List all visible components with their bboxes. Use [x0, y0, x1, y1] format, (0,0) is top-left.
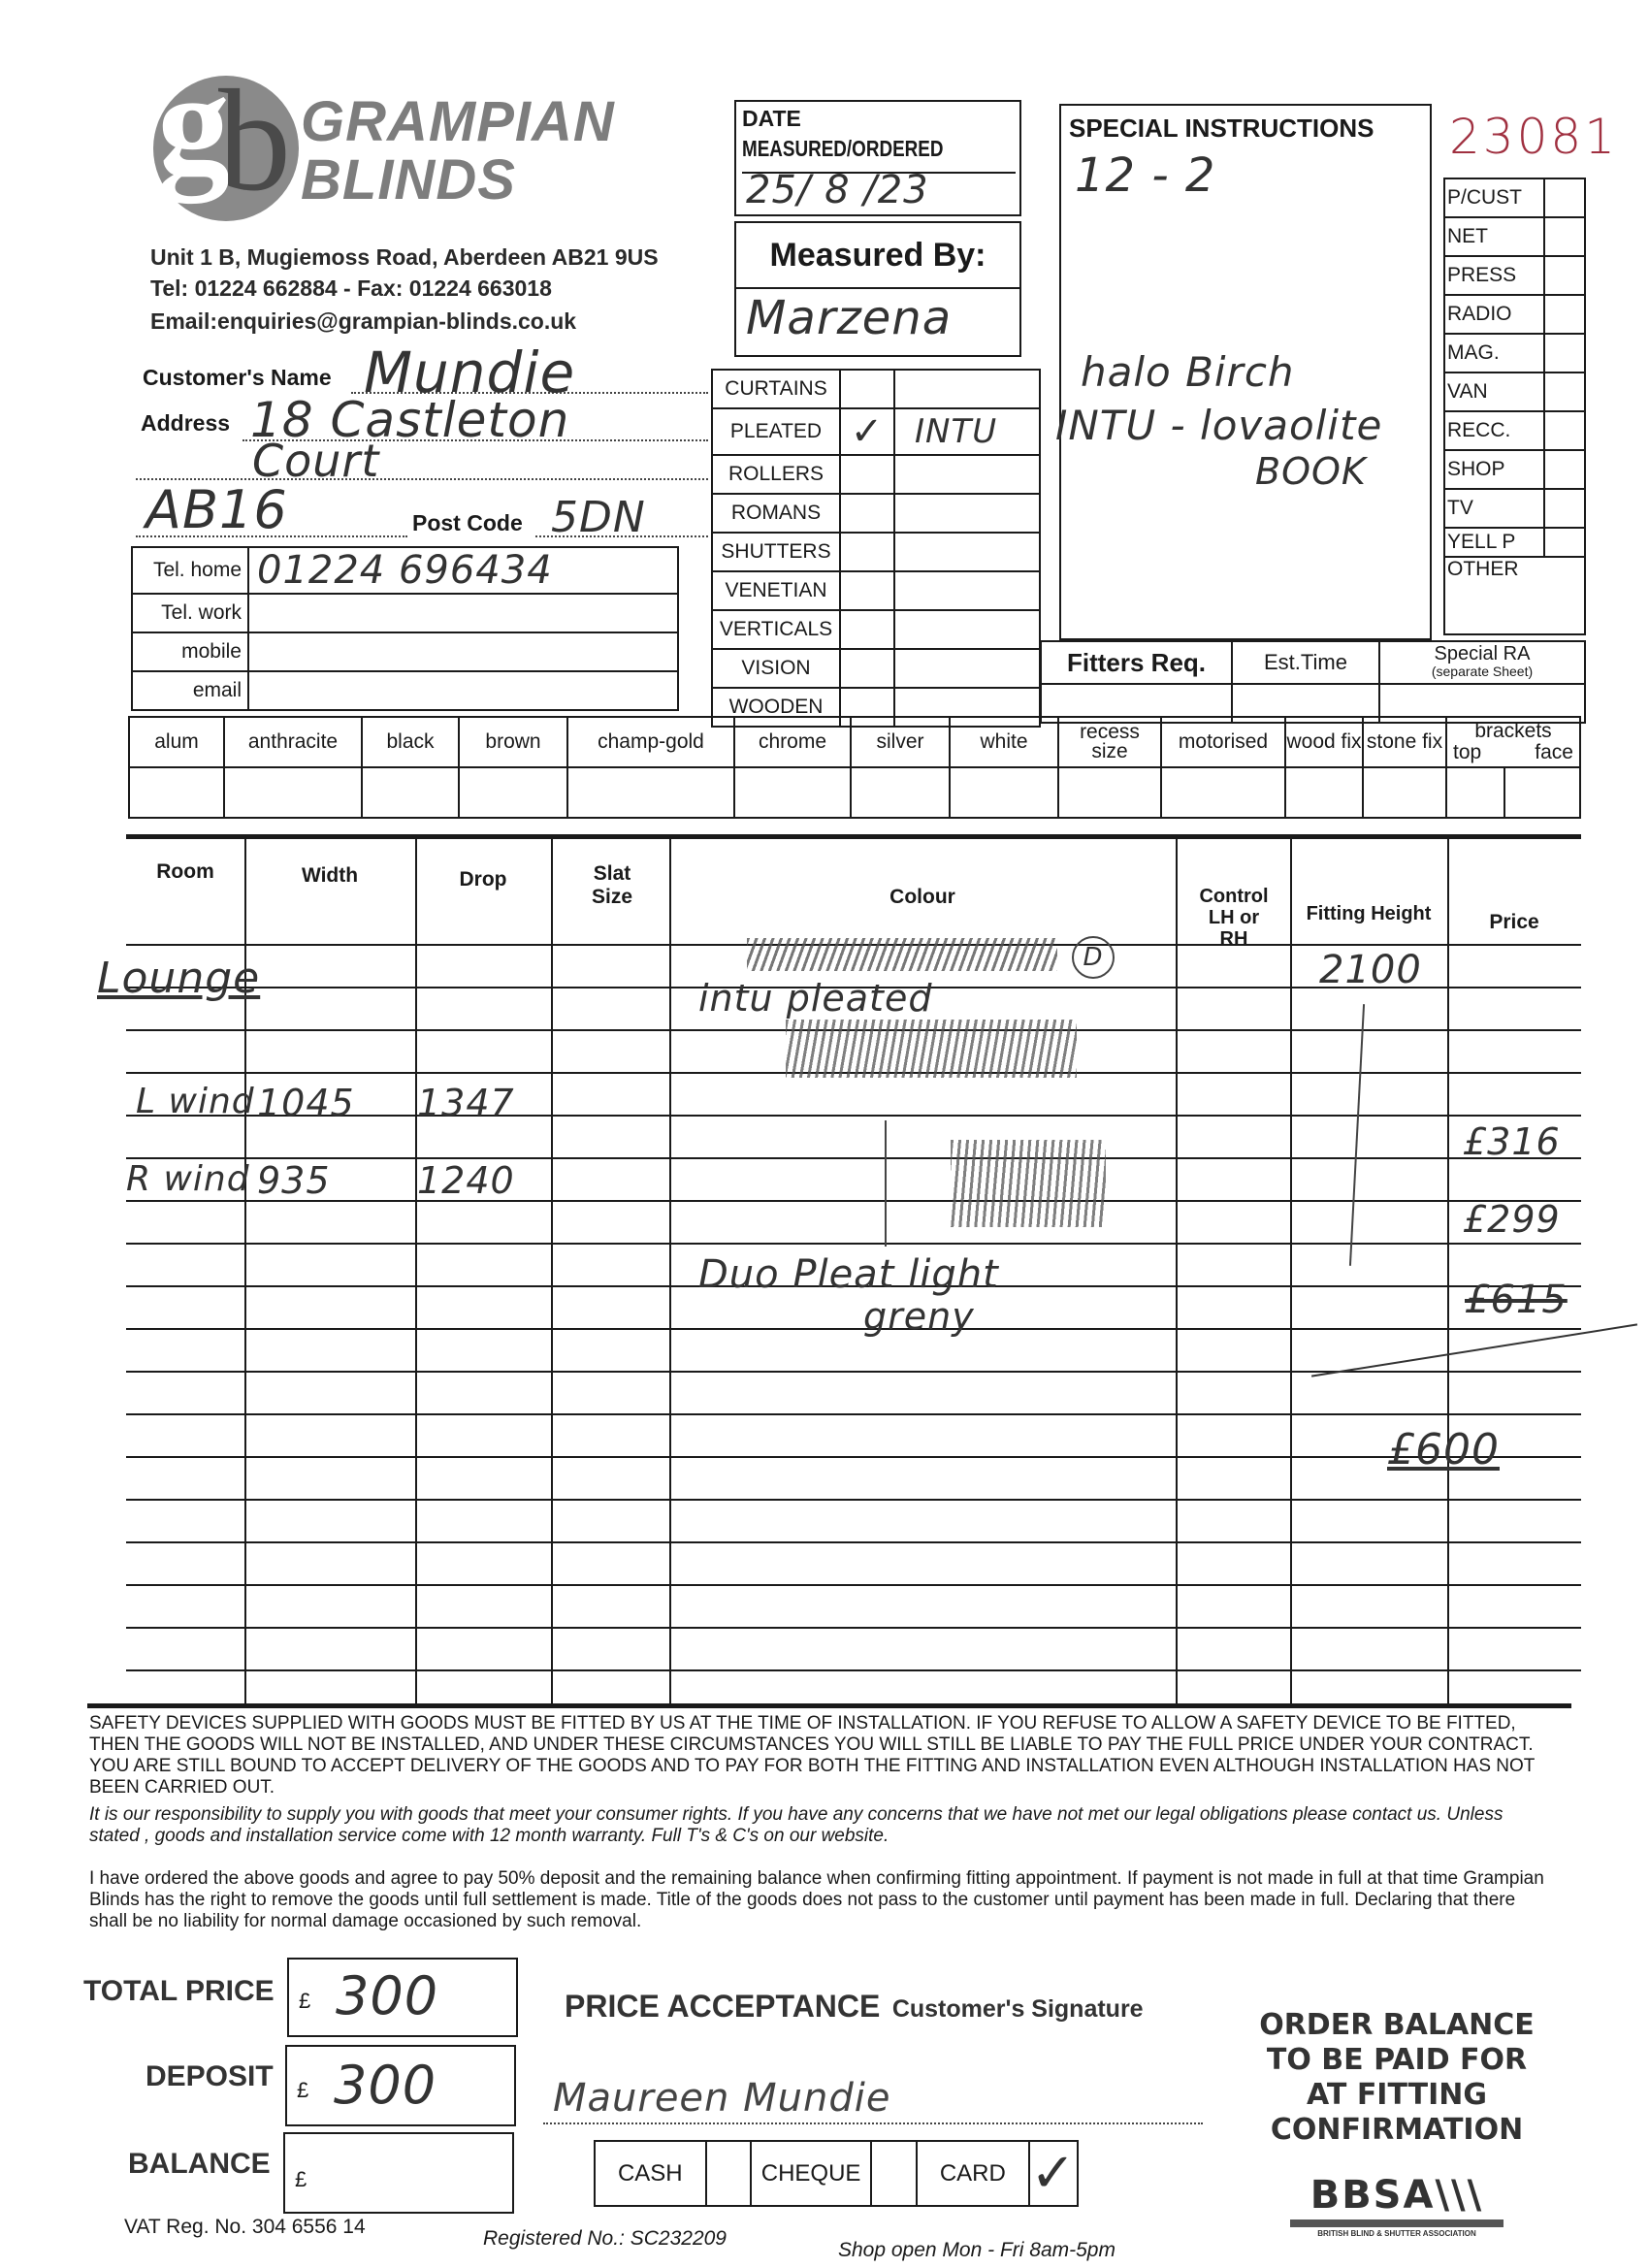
option-cell[interactable]	[1446, 767, 1504, 818]
payment-cash-checkbox[interactable]	[706, 2141, 752, 2206]
source-checkbox[interactable]	[1544, 178, 1585, 217]
shop-hours: Shop open Mon - Fri 8am-5pm	[838, 2239, 1115, 2262]
measured-by-box: Measured By: Marzena	[734, 221, 1021, 357]
product-type-note[interactable]: INTU	[894, 408, 1040, 455]
product-type-note[interactable]	[894, 494, 1040, 533]
header-control: Control LH or RH	[1193, 886, 1275, 950]
option-brackets: brackets	[1447, 721, 1579, 742]
row-divider	[126, 1627, 1581, 1629]
product-type-checkbox[interactable]	[840, 571, 894, 610]
option-brackets-face: face	[1535, 742, 1573, 763]
customer-signature[interactable]: Maureen Mundie	[553, 2076, 890, 2121]
product-type-note[interactable]	[894, 370, 1040, 408]
vat-reg: VAT Reg. No. 304 6556 14	[124, 2216, 366, 2239]
colour-note-greny[interactable]: greny	[863, 1295, 975, 1338]
payment-cheque-checkbox[interactable]	[871, 2141, 917, 2206]
source-label: VAN	[1444, 373, 1544, 411]
fitters-table: Fitters Req. Est.Time Special RA (separa…	[1040, 640, 1586, 724]
price-acceptance: PRICE ACCEPTANCE Customer's Signature	[565, 1989, 1144, 2025]
order-balance-notice: ORDER BALANCE TO BE PAID FOR AT FITTING …	[1242, 2008, 1552, 2148]
option-wood-fix: wood fix	[1285, 717, 1363, 767]
special-instruction-line-4[interactable]: BOOK	[1255, 450, 1367, 493]
option-cell[interactable]	[734, 767, 851, 818]
bbsa-bar-icon	[1290, 2219, 1503, 2227]
row-divider	[126, 1499, 1581, 1501]
colour-note-duo-pleat[interactable]: Duo Pleat light	[698, 1252, 999, 1297]
product-type-label: CURTAINS	[712, 370, 840, 408]
order-balance-line: CONFIRMATION	[1242, 2113, 1552, 2148]
source-checkbox[interactable]	[1544, 256, 1585, 295]
product-type-checkbox[interactable]: ✓	[840, 408, 894, 455]
measured-by-label: Measured By:	[736, 223, 1019, 289]
deposit-label: DEPOSIT	[145, 2060, 274, 2093]
signature-line[interactable]	[543, 2122, 1203, 2124]
option-cell[interactable]	[1058, 767, 1161, 818]
deposit-value[interactable]: 300	[334, 2055, 436, 2116]
customer-name-label: Customer's Name	[143, 365, 332, 391]
fitting-height-value[interactable]: 2100	[1319, 948, 1422, 992]
source-checkbox[interactable]	[1544, 450, 1585, 489]
row-divider	[126, 1541, 1581, 1543]
option-brackets-top: top	[1453, 742, 1481, 763]
contact-table: Tel. home 01224 696434 Tel. work mobile …	[131, 546, 679, 711]
product-type-label: SHUTTERS	[712, 533, 840, 571]
header-price: Price	[1447, 911, 1581, 934]
header-colour: Colour	[669, 886, 1176, 909]
colour-circle-mark: D	[1072, 936, 1115, 979]
option-cell[interactable]	[950, 767, 1058, 818]
fitters-req-label: Fitters Req.	[1041, 641, 1232, 684]
product-type-checkbox[interactable]	[840, 455, 894, 494]
tel-work-field[interactable]	[248, 594, 678, 632]
row-width[interactable]: 1045	[257, 1082, 355, 1124]
product-type-label: ROMANS	[712, 494, 840, 533]
product-type-label: VISION	[712, 649, 840, 688]
measurement-table: Room Width Drop Slat Size Colour Control…	[126, 839, 1581, 1705]
safety-terms: SAFETY DEVICES SUPPLIED WITH GOODS MUST …	[89, 1713, 1544, 1798]
option-cell[interactable]	[1161, 767, 1285, 818]
postcode-value[interactable]: 5DN	[551, 493, 646, 542]
header-room: Room	[126, 860, 244, 884]
product-type-label: VERTICALS	[712, 610, 840, 649]
contact-label: mobile	[132, 632, 248, 671]
order-balance-line: TO BE PAID FOR	[1242, 2043, 1552, 2078]
product-type-note[interactable]	[894, 571, 1040, 610]
agreement-terms: I have ordered the above goods and agree…	[89, 1868, 1544, 1932]
source-checkbox[interactable]	[1544, 489, 1585, 528]
bbsa-subtitle: BRITISH BLIND & SHUTTER ASSOCIATION	[1280, 2229, 1513, 2238]
balance-box[interactable]: £	[283, 2132, 514, 2214]
option-anthracite: anthracite	[224, 717, 362, 767]
payment-cheque-label: CHEQUE	[751, 2141, 870, 2206]
row-price[interactable]: £299	[1463, 1198, 1561, 1241]
strike-line	[1311, 1323, 1637, 1377]
header-slat-size: Slat Size	[578, 862, 646, 909]
payment-cash-label: CASH	[595, 2141, 706, 2206]
address-label: Address	[141, 410, 230, 437]
option-chrome: chrome	[734, 717, 851, 767]
option-motorised: motorised	[1161, 717, 1285, 767]
source-checkbox[interactable]	[1544, 334, 1585, 373]
option-champ-gold: champ-gold	[567, 717, 734, 767]
email-field[interactable]	[248, 671, 678, 710]
col-divider	[1447, 839, 1449, 1705]
row-room[interactable]: R wind	[126, 1159, 250, 1199]
special-instruction-line-1[interactable]: 12 - 2	[1075, 148, 1215, 203]
option-cell[interactable]	[459, 767, 567, 818]
contact-label: email	[132, 671, 248, 710]
total-price-value[interactable]: 300	[336, 1965, 438, 2026]
row-price[interactable]: £316	[1463, 1120, 1561, 1163]
option-cell[interactable]	[1504, 767, 1580, 818]
row-divider	[126, 1200, 1581, 1202]
payment-card-checkbox[interactable]: ✓	[1029, 2141, 1078, 2206]
bbsa-logo-text: BBSA\\\	[1280, 2173, 1513, 2218]
option-white: white	[950, 717, 1058, 767]
total-price-currency: £	[299, 1989, 310, 2014]
registered-number: Registered No.: SC232209	[483, 2227, 727, 2251]
responsibility-terms: It is our responsibility to supply you w…	[89, 1804, 1544, 1847]
special-ra-sub: (separate Sheet)	[1380, 663, 1584, 680]
row-width[interactable]: 935	[257, 1159, 331, 1202]
payment-card-label: CARD	[917, 2141, 1029, 2206]
subtotal-struck: £615	[1465, 1278, 1568, 1322]
source-label: RADIO	[1444, 295, 1544, 334]
option-cell[interactable]	[129, 767, 224, 818]
source-checkbox[interactable]	[1544, 528, 1585, 557]
mobile-field[interactable]	[248, 632, 678, 671]
product-type-label: PLEATED	[712, 408, 840, 455]
date-box: DATE MEASURED/ORDERED 25/ 8 /23	[734, 100, 1021, 216]
total-price-label: TOTAL PRICE	[83, 1975, 275, 2008]
source-label: YELL P	[1444, 528, 1544, 557]
source-label: TV	[1444, 489, 1544, 528]
company-address: Unit 1 B, Mugiemoss Road, Aberdeen AB21 …	[150, 244, 659, 271]
row-divider	[126, 1157, 1581, 1159]
product-type-label: VENETIAN	[712, 571, 840, 610]
measured-by-value[interactable]: Marzena	[746, 291, 952, 345]
option-brown: brown	[459, 717, 567, 767]
company-tel-fax: Tel: 01224 662884 - Fax: 01224 663018	[150, 275, 552, 302]
special-instructions-box: SPECIAL INSTRUCTIONS 12 - 2 halo Birch I…	[1059, 104, 1432, 640]
source-checklist: P/CUST NET PRESS RADIO MAG. VAN RECC. SH…	[1443, 178, 1586, 635]
col-divider	[415, 839, 417, 1705]
source-label: P/CUST	[1444, 178, 1544, 217]
product-type-note[interactable]	[894, 649, 1040, 688]
final-price[interactable]: £600	[1387, 1425, 1500, 1474]
option-cell[interactable]	[567, 767, 734, 818]
deposit-currency: £	[297, 2078, 308, 2103]
address-line-3-value[interactable]: AB16	[145, 479, 288, 540]
product-type-checkbox[interactable]	[840, 649, 894, 688]
row-divider	[126, 1328, 1581, 1330]
special-instruction-line-2[interactable]: halo Birch	[1081, 348, 1295, 396]
row-room[interactable]: L wind	[136, 1082, 255, 1121]
source-label: MAG.	[1444, 334, 1544, 373]
col-divider	[669, 839, 671, 1705]
contact-label: Tel. home	[132, 547, 248, 594]
source-checkbox[interactable]	[1544, 373, 1585, 411]
scribbled-out-text	[951, 1140, 1106, 1227]
option-cell[interactable]	[851, 767, 950, 818]
header-fitting-height: Fitting Height	[1290, 903, 1447, 925]
order-number: 23081	[1449, 109, 1618, 165]
source-label: RECC.	[1444, 411, 1544, 450]
special-ra-label: Special RA	[1380, 645, 1584, 663]
product-type-table: CURTAINS PLEATED✓INTU ROLLERS ROMANS SHU…	[711, 369, 1041, 728]
est-time-label: Est.Time	[1232, 641, 1379, 684]
date-label-2: MEASURED/ORDERED	[742, 136, 943, 162]
tel-home-value[interactable]: 01224 696434	[257, 548, 553, 593]
option-recess-size: recess size	[1058, 717, 1161, 767]
customer-signature-label: Customer's Signature	[892, 1995, 1144, 2023]
arrow-down-icon	[1349, 1004, 1365, 1266]
date-label-1: DATE	[742, 106, 1016, 132]
price-acceptance-title: PRICE ACCEPTANCE	[565, 1989, 880, 2024]
option-stone-fix: stone fix	[1363, 717, 1446, 767]
scribbled-out-text	[747, 938, 1057, 971]
source-label: PRESS	[1444, 256, 1544, 295]
option-cell[interactable]	[362, 767, 459, 818]
option-silver: silver	[851, 717, 950, 767]
product-type-checkbox[interactable]	[840, 370, 894, 408]
balance-label: BALANCE	[128, 2148, 271, 2181]
payment-method-table: CASH CHEQUE CARD ✓	[594, 2140, 1079, 2207]
postcode-label: Post Code	[412, 510, 523, 536]
row-drop[interactable]: 1240	[417, 1159, 515, 1202]
option-black: black	[362, 717, 459, 767]
row-divider	[126, 1669, 1581, 1671]
total-price-box[interactable]: £ 300	[287, 1958, 518, 2037]
source-checkbox[interactable]	[1544, 295, 1585, 334]
col-divider	[551, 839, 553, 1705]
header-width: Width	[244, 864, 415, 888]
option-cell[interactable]	[224, 767, 362, 818]
product-type-checkbox[interactable]	[840, 533, 894, 571]
row-drop[interactable]: 1347	[417, 1082, 515, 1124]
room-group-lounge[interactable]: Lounge	[97, 954, 260, 1003]
special-instructions-label: SPECIAL INSTRUCTIONS	[1069, 113, 1374, 144]
scribbled-out-text	[786, 1020, 1077, 1078]
product-type-note[interactable]	[894, 533, 1040, 571]
arrow-down-icon	[885, 1120, 887, 1247]
option-alum: alum	[129, 717, 224, 767]
company-email: Email:enquiries@grampian-blinds.co.uk	[150, 308, 576, 335]
order-balance-line: ORDER BALANCE	[1242, 2008, 1552, 2043]
option-cell[interactable]	[1285, 767, 1363, 818]
logo-monogram-b: b	[218, 68, 291, 213]
header-drop: Drop	[415, 868, 551, 891]
date-value[interactable]: 25/ 8 /23	[746, 168, 929, 212]
col-divider	[1176, 839, 1178, 1705]
row-divider	[126, 1371, 1581, 1373]
product-type-checkbox[interactable]	[840, 494, 894, 533]
order-balance-line: AT FITTING	[1242, 2078, 1552, 2113]
product-type-note[interactable]	[894, 455, 1040, 494]
col-divider	[1290, 839, 1292, 1705]
source-other[interactable]: OTHER	[1444, 557, 1585, 634]
source-label: NET	[1444, 217, 1544, 256]
product-type-label: ROLLERS	[712, 455, 840, 494]
source-label: SHOP	[1444, 450, 1544, 489]
contact-label: Tel. work	[132, 594, 248, 632]
deposit-box[interactable]: £ 300	[285, 2045, 516, 2126]
row-divider	[126, 1413, 1581, 1415]
row-divider	[126, 1456, 1581, 1458]
company-name-line2: BLINDS	[301, 147, 516, 212]
product-type-note[interactable]	[894, 610, 1040, 649]
option-cell[interactable]	[1363, 767, 1446, 818]
product-type-checkbox[interactable]	[840, 610, 894, 649]
colour-note-intu-pleated[interactable]: intu pleated	[698, 977, 932, 1020]
company-name-line1: GRAMPIAN	[301, 89, 615, 154]
source-checkbox[interactable]	[1544, 411, 1585, 450]
row-divider	[126, 1584, 1581, 1586]
row-divider	[126, 1243, 1581, 1245]
balance-currency: £	[295, 2167, 307, 2192]
source-checkbox[interactable]	[1544, 217, 1585, 256]
options-table: alum anthracite black brown champ-gold c…	[128, 716, 1581, 819]
main-table-bottom-rule	[87, 1703, 1571, 1708]
bbsa-logo: BBSA\\\ BRITISH BLIND & SHUTTER ASSOCIAT…	[1280, 2173, 1513, 2238]
special-instruction-line-3[interactable]: INTU - lovaolite	[1055, 402, 1382, 449]
